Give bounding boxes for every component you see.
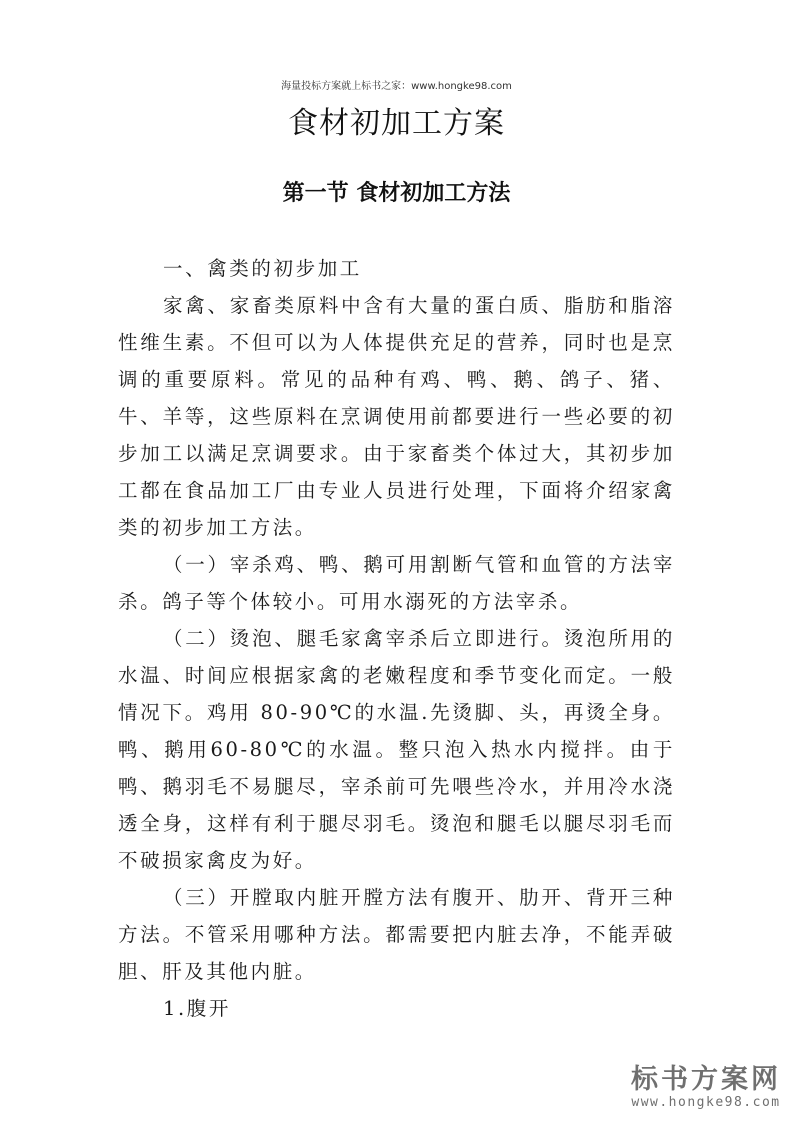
section-title: 第一节 食材初加工方法 (0, 176, 793, 207)
page-header-tagline: 海量投标方案就上标书之家：www.hongke98.com (0, 77, 793, 92)
watermark-logo: 标书方案网 www.hongke98.com (631, 1065, 781, 1110)
subsection-heading: 一、禽类的初步加工 (118, 250, 675, 287)
document-title: 食材初加工方案 (0, 98, 793, 142)
paragraph-intro: 家禽、家畜类原料中含有大量的蛋白质、脂肪和脂溶性维生素。不但可以为人体提供充足的… (118, 287, 675, 546)
paragraph-slaughter: （一）宰杀鸡、鸭、鹅可用割断气管和血管的方法宰杀。鸽子等个体较小。可用水溺死的方… (118, 546, 675, 620)
paragraph-scalding: （二）烫泡、腿毛家禽宰杀后立即进行。烫泡所用的水温、时间应根据家禽的老嫩程度和季… (118, 620, 675, 879)
document-body: 一、禽类的初步加工 家禽、家畜类原料中含有大量的蛋白质、脂肪和脂溶性维生素。不但… (118, 250, 675, 1027)
list-item-abdominal-opening: 1.腹开 (118, 990, 675, 1027)
watermark-url: www.hongke98.com (631, 1095, 781, 1110)
paragraph-evisceration: （三）开膛取内脏开膛方法有腹开、肋开、背开三种方法。不管采用哪种方法。都需要把内… (118, 879, 675, 990)
watermark-title: 标书方案网 (631, 1065, 781, 1095)
